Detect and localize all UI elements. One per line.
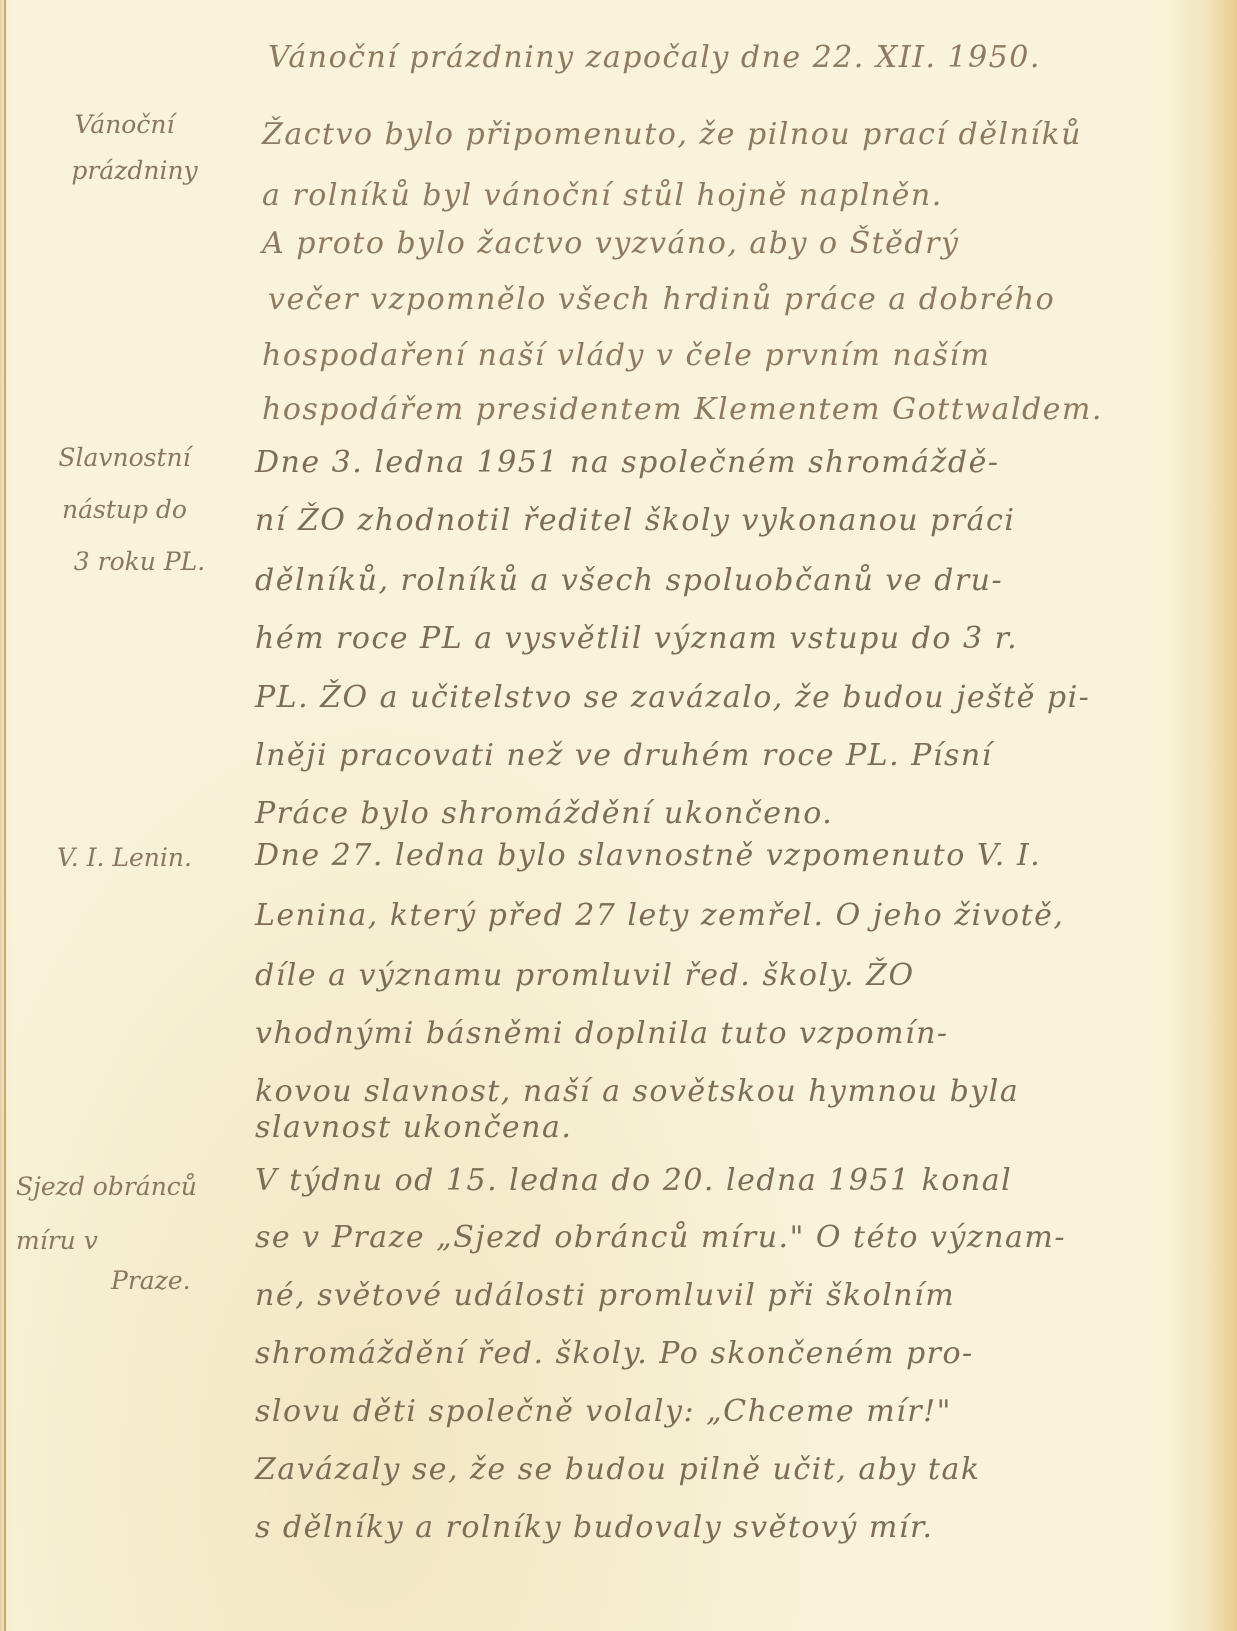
margin-heading-line: 3 roku PL. <box>42 536 237 588</box>
text-line: a rolníků byl vánoční stůl hojně naplněn… <box>262 178 1177 213</box>
text-line: s dělníky a rolníky budovaly světový mír… <box>255 1510 1177 1545</box>
margin-heading-line: nástup do <box>12 484 237 536</box>
text-line: lněji pracovati než ve druhém roce PL. P… <box>255 738 1177 773</box>
text-line: kovou slavnost, naší a sovětskou hymnou … <box>255 1074 1177 1109</box>
text-line: slovu děti společně volaly: „Chceme mír!… <box>255 1394 1177 1429</box>
text-line: dělníků, rolníků a všech spoluobčanů ve … <box>255 563 1177 598</box>
text-line: díle a významu promluvil řed. školy. ŽO <box>255 958 1177 993</box>
text-line: Zavázaly se, že se budou pilně učit, aby… <box>255 1452 1177 1487</box>
text-line: PL. ŽO a učitelstvo se zavázalo, že budo… <box>255 680 1177 715</box>
text-line: Dne 27. ledna bylo slavnostně vzpomenuto… <box>255 838 1177 873</box>
text-line: hospodaření naší vlády v čele prvním naš… <box>262 338 1177 373</box>
text-line: V týdnu od 15. ledna do 20. ledna 1951 k… <box>255 1163 1177 1198</box>
margin-heading-line: Vánoční <box>12 102 237 148</box>
text-line: večer vzpomnělo všech hrdinů práce a dob… <box>268 282 1177 317</box>
text-line: hém roce PL a vysvětlil význam vstupu do… <box>255 621 1177 656</box>
text-line: Dne 3. ledna 1951 na společném shromáždě… <box>255 445 1177 480</box>
text-line: hospodářem presidentem Klementem Gottwal… <box>262 392 1177 427</box>
text-line: vhodnými básněmi doplnila tuto vzpomín- <box>255 1016 1177 1051</box>
text-line: shromáždění řed. školy. Po skončeném pro… <box>255 1336 1177 1371</box>
text-line: se v Praze „Sjezd obránců míru." O této … <box>255 1220 1177 1255</box>
margin-heading-peace-congress: Sjezd obránců míru v Praze. <box>12 1160 241 1308</box>
margin-heading-line: Sjezd obránců <box>16 1160 241 1214</box>
text-line: A proto bylo žactvo vyzváno, aby o Štědr… <box>262 226 1177 261</box>
text-line: né, světové události promluvil při školn… <box>255 1278 1177 1313</box>
margin-heading-lenin: V. I. Lenin. <box>12 835 237 881</box>
text-line: ní ŽO zhodnotil ředitel školy vykonanou … <box>255 503 1177 538</box>
margin-heading-line: Slavnostní <box>12 432 237 484</box>
margin-heading-christmas-holidays: Vánoční prázdniny <box>12 102 237 194</box>
margin-rule <box>4 0 6 1631</box>
margin-heading-festive-start: Slavnostní nástup do 3 roku PL. <box>12 432 237 588</box>
text-line: slavnost ukončena. <box>255 1110 1177 1145</box>
margin-heading-line: Praze. <box>111 1254 241 1308</box>
chronicle-page: Vánoční prázdniny Vánoční prázdniny zapo… <box>0 0 1237 1631</box>
margin-heading-line: prázdniny <box>32 148 237 194</box>
margin-heading-line: V. I. Lenin. <box>12 835 237 881</box>
text-line: Žactvo bylo připomenuto, že pilnou prací… <box>262 117 1177 152</box>
text-line: Práce bylo shromáždění ukončeno. <box>255 796 1177 831</box>
text-line: Lenina, který před 27 lety zemřel. O jeh… <box>255 898 1177 933</box>
text-line: Vánoční prázdniny započaly dne 22. XII. … <box>268 40 1177 75</box>
